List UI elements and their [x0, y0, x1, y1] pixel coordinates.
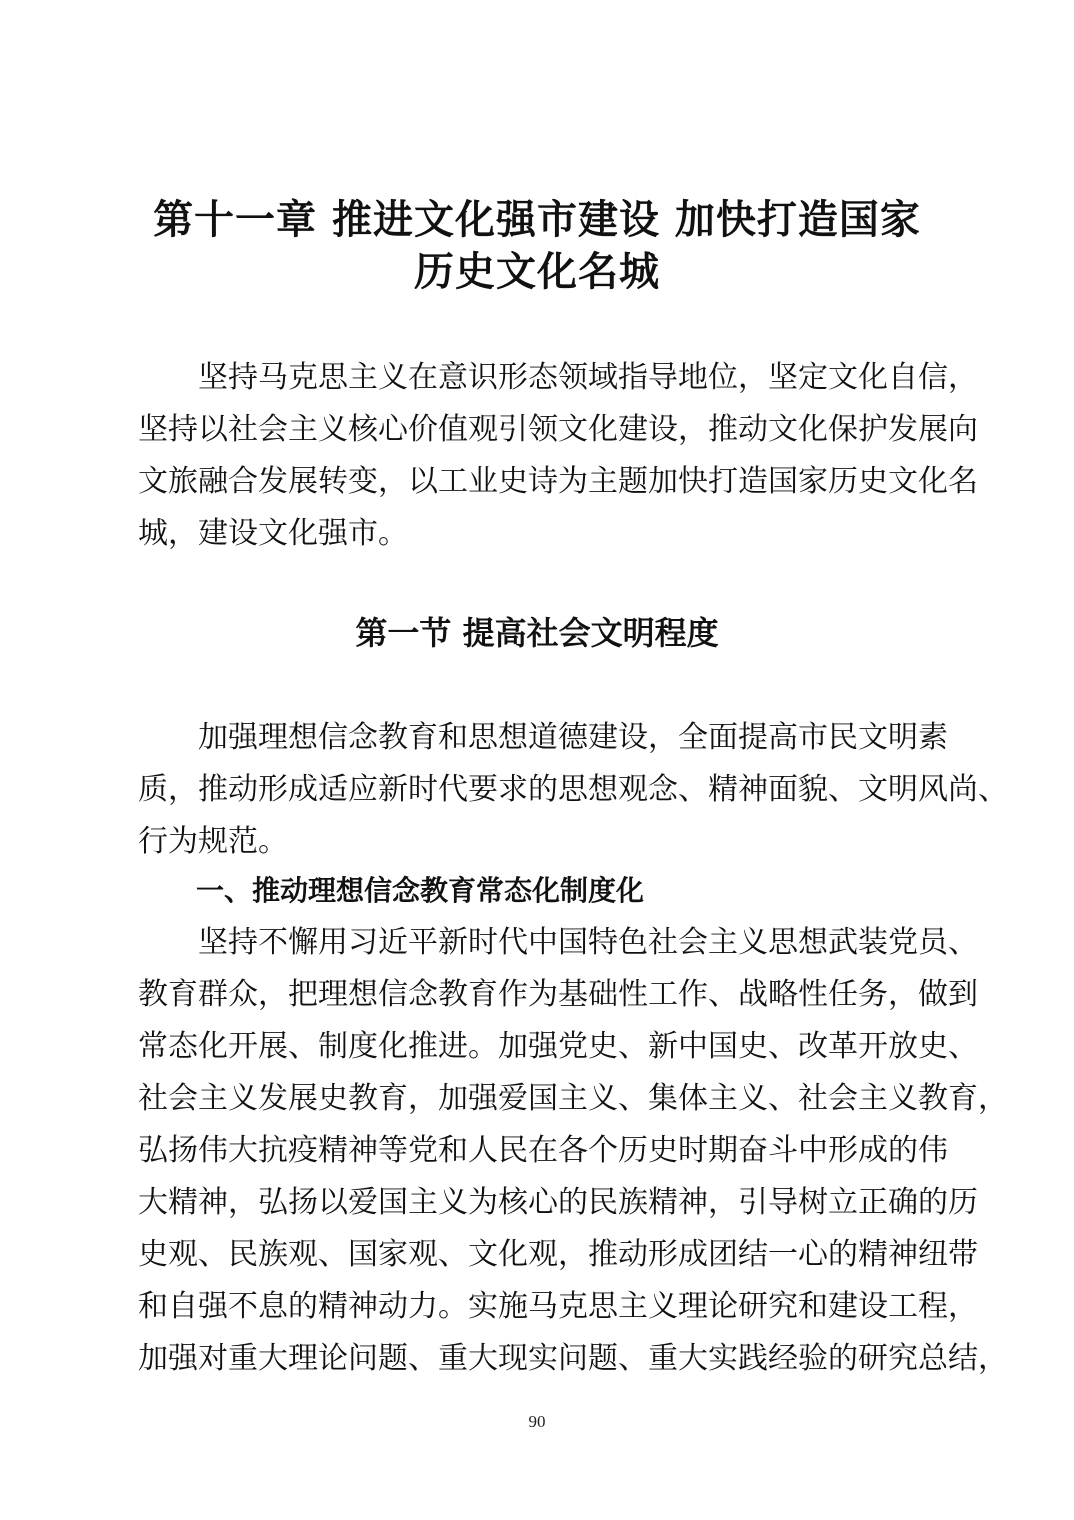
paragraph-line: 加强理想信念教育和思想道德建设，全面提高市民文明素: [198, 718, 938, 758]
paragraph-line: 坚持不懈用习近平新时代中国特色社会主义思想武装党员、: [198, 923, 938, 963]
chapter-title-line-1: 第十一章 推进文化强市建设 加快打造国家: [0, 193, 1074, 247]
paragraph-line: 坚持马克思主义在意识形态领域指导地位，坚定文化自信，: [198, 358, 938, 398]
page-number: 90: [0, 1412, 1074, 1432]
paragraph-line: 质，推动形成适应新时代要求的思想观念、精神面貌、文明风尚、: [138, 770, 938, 810]
document-page: 第十一章 推进文化强市建设 加快打造国家 历史文化名城 坚持马克思主义在意识形态…: [0, 0, 1074, 1520]
paragraph-line: 坚持以社会主义核心价值观引领文化建设，推动文化保护发展向: [138, 410, 938, 450]
paragraph-line: 大精神，弘扬以爱国主义为核心的民族精神，引导树立正确的历: [138, 1183, 938, 1223]
paragraph-line: 史观、民族观、国家观、文化观，推动形成团结一心的精神纽带: [138, 1235, 938, 1275]
paragraph-line: 加强对重大理论问题、重大现实问题、重大实践经验的研究总结，: [138, 1339, 938, 1379]
paragraph-line: 城，建设文化强市。: [138, 514, 938, 554]
paragraph-line: 教育群众，把理想信念教育作为基础性工作、战略性任务，做到: [138, 975, 938, 1015]
paragraph-line: 和自强不息的精神动力。实施马克思主义理论研究和建设工程，: [138, 1287, 938, 1327]
subheading: 一、推动理想信念教育常态化制度化: [196, 871, 644, 911]
paragraph-line: 常态化开展、制度化推进。加强党史、新中国史、改革开放史、: [138, 1027, 938, 1067]
paragraph-line: 弘扬伟大抗疫精神等党和人民在各个历史时期奋斗中形成的伟: [138, 1131, 938, 1171]
paragraph-line: 社会主义发展史教育，加强爱国主义、集体主义、社会主义教育，: [138, 1079, 938, 1119]
section-title: 第一节 提高社会文明程度: [0, 611, 1074, 655]
chapter-title-line-2: 历史文化名城: [0, 245, 1074, 299]
paragraph-line: 文旅融合发展转变，以工业史诗为主题加快打造国家历史文化名: [138, 462, 938, 502]
paragraph-line: 行为规范。: [138, 822, 938, 862]
